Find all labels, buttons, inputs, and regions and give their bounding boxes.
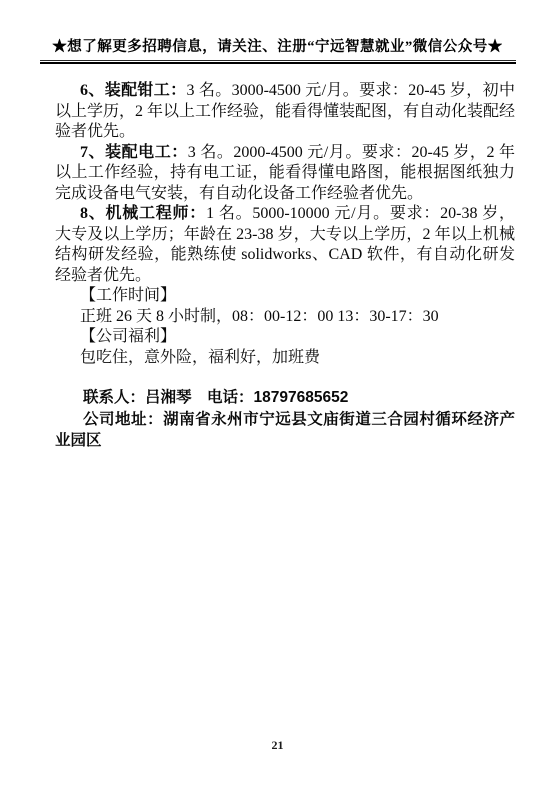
contact-person-line: 联系人：吕湘琴 电话：18797685652	[55, 387, 515, 409]
job-title-8: 8、机械工程师：	[80, 205, 206, 222]
welfare-value: 包吃住，意外险，福利好，加班费	[55, 348, 515, 369]
welfare-label: 【公司福利】	[55, 327, 515, 348]
job-title-7: 7、装配电工：	[80, 144, 188, 161]
page-header: ★想了解更多招聘信息，请关注、注册“宁远智慧就业”微信公众号★	[0, 0, 555, 64]
job-title-6: 6、装配钳工：	[80, 82, 187, 99]
job-paragraph-7: 7、装配电工：3 名。2000-4500 元/月。要求：20-45 岁，2 年以…	[55, 143, 515, 205]
work-time-label: 【工作时间】	[55, 286, 515, 307]
document-body: 6、装配钳工：3 名。3000-4500 元/月。要求：20-45 岁，初中以上…	[0, 64, 555, 452]
job-paragraph-8: 8、机械工程师：1 名。5000-10000 元/月。要求：20-38 岁，大专…	[55, 204, 515, 286]
company-address-line: 公司地址：湖南省永州市宁远县文庙街道三合园村循环经济产业园区	[55, 409, 515, 452]
job-paragraph-6: 6、装配钳工：3 名。3000-4500 元/月。要求：20-45 岁，初中以上…	[55, 81, 515, 143]
header-notice: ★想了解更多招聘信息，请关注、注册“宁远智慧就业”微信公众号★	[40, 38, 515, 56]
contact-block: 联系人：吕湘琴 电话：18797685652 公司地址：湖南省永州市宁远县文庙街…	[55, 387, 515, 452]
work-time-value: 正班 26 天 8 小时制，08：00-12：00 13：30-17：30	[55, 307, 515, 328]
document-page: ★想了解更多招聘信息，请关注、注册“宁远智慧就业”微信公众号★ 6、装配钳工：3…	[0, 0, 555, 790]
page-number: 21	[272, 738, 284, 752]
page-footer: 21	[0, 738, 555, 753]
